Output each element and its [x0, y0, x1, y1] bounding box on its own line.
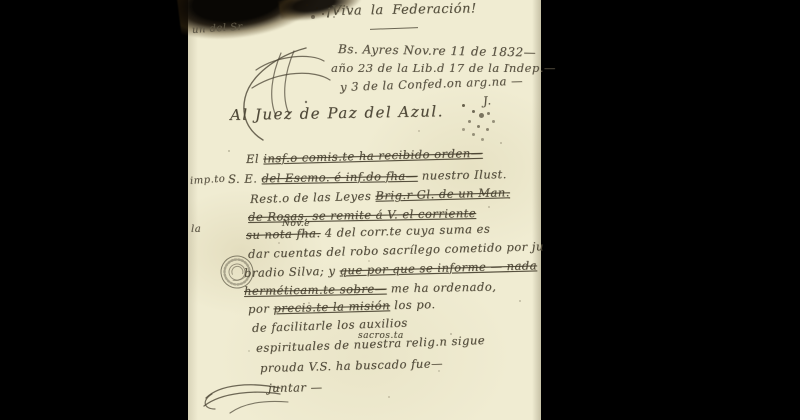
motto-underline — [370, 27, 418, 30]
struck-segment: Brig.r Gl. de un Man. — [375, 185, 510, 203]
manuscript-paper: ttre— un del Sr ¡Viva la Federación! Bs.… — [188, 0, 541, 420]
struck-segment: que por que se informe — nada — [339, 258, 537, 277]
struck-segment: herméticam.te sobre— — [244, 282, 387, 298]
manuscript-line: espirituales de nuestra relig.n sigue — [256, 333, 486, 355]
salutation-line: Al Juez de Paz del Azul. — [230, 102, 444, 124]
text-segment: espirituales de nuestra relig.n sigue — [256, 333, 486, 355]
text-segment: dar cuentas del robo sacrílego cometido … — [248, 239, 544, 261]
ink-speckles — [462, 104, 465, 107]
manuscript-line: herméticam.te sobre— me ha ordenado, — [244, 280, 497, 298]
margin-word: la — [191, 224, 201, 235]
struck-segment: su nota fha. — [246, 226, 321, 242]
text-segment: los po. — [390, 297, 436, 312]
margin-word: imp.to — [190, 174, 226, 187]
dateline-3: y 3 de la Confed.on arg.na — — [340, 74, 524, 94]
text-segment: Rest.o de las Leyes — [250, 189, 376, 206]
text-segment: El — [246, 152, 264, 166]
text-segment: prouda V.S. ha buscado fue— — [260, 356, 443, 375]
manuscript-line: El insf.o comis.te ha recibido orden— — [246, 146, 483, 166]
text-segment: nuestro Ilust. — [418, 167, 507, 183]
signature-flourish-icon — [200, 378, 296, 418]
manuscript-line: S. E. del Escmo. é inf.do fha— nuestro I… — [228, 167, 507, 186]
text-segment: 4 del corr.te cuya suma es — [320, 222, 490, 240]
text-segment: bradio Silva; y — [244, 263, 340, 279]
motto-line: ¡Viva la Federación! — [326, 1, 477, 19]
struck-segment: del Escmo. é inf.do fha— — [261, 169, 417, 186]
manuscript-line: dar cuentas del robo sacrílego cometido … — [248, 239, 544, 261]
struck-segment: de Rosas, se remite á V. el corriente — [248, 206, 476, 224]
manuscript-line: por precis.te la misión los po. — [248, 297, 436, 316]
text-segment: por — [248, 301, 274, 316]
dateline-1: Bs. Ayres Nov.re 11 de 1832— — [338, 42, 536, 59]
manuscript-line: Rest.o de las Leyes Brig.r Gl. de un Man… — [250, 185, 510, 206]
scanned-manuscript-page: { "page": { "background": "#000000" }, "… — [0, 0, 800, 420]
text-segment: S. E. — [228, 171, 262, 186]
ink-stamp-icon — [217, 252, 257, 292]
text-segment: me ha ordenado, — [387, 280, 497, 296]
paraph-flourish-icon — [218, 46, 340, 144]
struck-segment: insf.o comis.te ha recibido orden— — [263, 146, 483, 166]
manuscript-line: bradio Silva; y que por que se informe —… — [244, 258, 537, 280]
dateline-flourish: J. — [482, 93, 492, 108]
manuscript-line: de Rosas, se remite á V. el corriente — [248, 206, 476, 224]
manuscript-line: prouda V.S. ha buscado fue— — [260, 356, 443, 375]
struck-segment: precis.te la misión — [273, 298, 390, 315]
ink-blot-speckle-fringe — [306, 4, 308, 6]
